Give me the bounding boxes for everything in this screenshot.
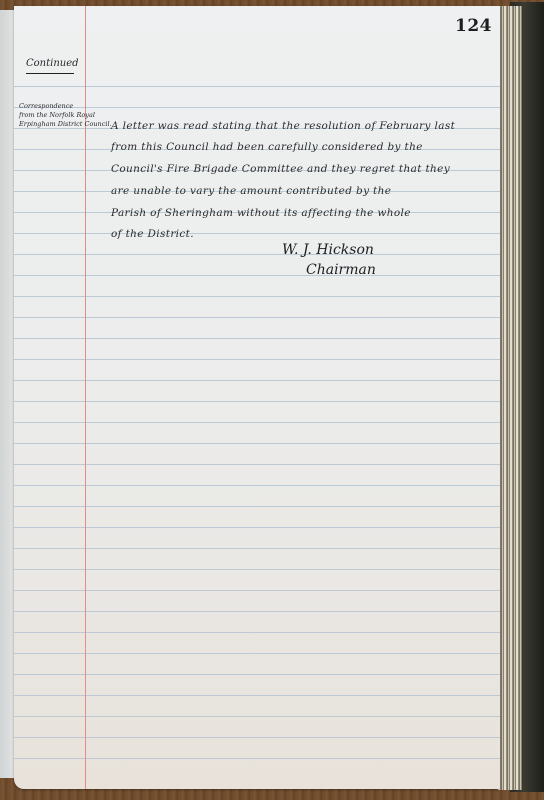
margin-note-line-2: from the Norfolk Royal — [19, 111, 95, 120]
minute-line-6: of the District. — [111, 228, 194, 240]
minute-line-2: from this Council had been carefully con… — [111, 141, 423, 153]
ledger-page: 124 Continued Correspondence from the No… — [14, 6, 500, 789]
minute-line-1: A letter was read stating that the resol… — [111, 120, 455, 132]
minute-line-5: Parish of Sheringham without its affecti… — [111, 207, 411, 219]
continued-heading: Continued — [26, 58, 74, 74]
margin-note-line-3: Erpingham District Council. — [19, 120, 112, 129]
margin-note-line-1: Correspondence — [19, 102, 73, 111]
signature-title: Chairman — [306, 262, 376, 278]
minute-line-4: are unable to vary the amount contribute… — [111, 185, 391, 197]
page-number: 124 — [455, 16, 492, 36]
minute-line-3: Council's Fire Brigade Committee and the… — [111, 163, 450, 175]
stacked-page-edges — [498, 6, 522, 790]
signature-name: W. J. Hickson — [282, 242, 374, 258]
